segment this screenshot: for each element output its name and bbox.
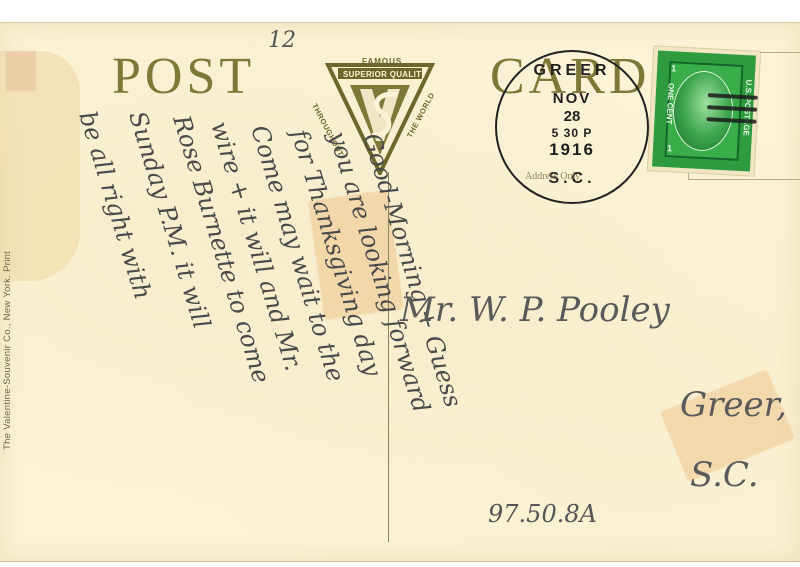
logo-top-text: FAMOUS (362, 57, 402, 66)
recipient-city: Greer, (680, 385, 787, 425)
printer-credit: The Valentine-Souvenir Co., New York. Pr… (2, 251, 13, 450)
recipient-state: S.C. (690, 455, 759, 495)
postmark-day: 28 (497, 108, 647, 125)
postmark-time: 5 30 P (497, 126, 647, 140)
postmark-town: GREER (497, 62, 647, 80)
address-only-label: Address Only (525, 171, 580, 182)
postmark-year: 1916 (497, 140, 647, 160)
stamp-denomination: 1 (667, 143, 673, 153)
tape-residue (6, 51, 36, 91)
postage-stamp: ONE CENT U.S. POSTAGE 1 1 (652, 51, 756, 172)
catalog-number: 97.50.8A (488, 500, 597, 528)
stamp-denomination: 1 (671, 63, 677, 73)
postmark-month: NOV (497, 90, 647, 107)
post-heading: POST (112, 47, 255, 106)
recipient-name: Mr. W. P. Pooley (400, 290, 670, 330)
logo-band-text: SUPERIOR QUALITY (343, 70, 427, 79)
pencil-number: 12 (268, 28, 296, 53)
